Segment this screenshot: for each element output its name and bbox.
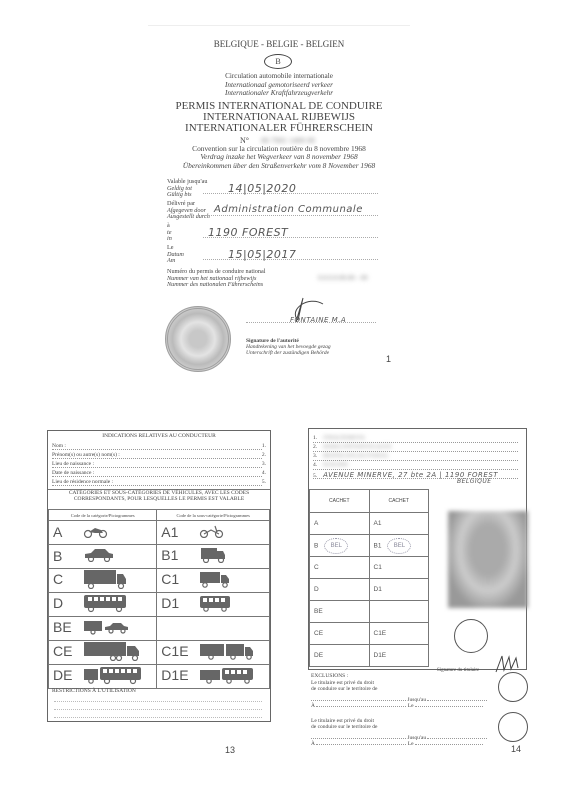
exclusion-stamp-circle-2 — [498, 712, 528, 742]
categories-header: CATÉGORIES ET SOUS-CATÉGORIES DE VÉHICUL… — [48, 489, 270, 502]
holder-detail-row: 4.00.00.0000 — [313, 462, 518, 470]
stamp-row: BBELB1BEL — [310, 535, 429, 557]
holder-photo — [448, 511, 528, 608]
category-row: DE D1E — [49, 665, 270, 689]
row-residence: Lieu de résidence normale :5. — [52, 479, 262, 486]
subcategory-code: D1E — [161, 667, 191, 683]
issued-at-value: 1190 FOREST — [208, 226, 288, 239]
small-truck-trailer-icon — [199, 642, 255, 663]
truck-icon — [83, 569, 127, 592]
stamp-row: DD1 — [310, 579, 429, 601]
national-licence-label: Numéro du permis de conduire nationalNum… — [167, 269, 265, 289]
valid-until-label: Valable jusqu'auGeldig totGültig bis — [167, 179, 207, 199]
subcategory-code: C1E — [161, 643, 191, 659]
stamp-row: CEC1E — [310, 623, 429, 645]
subcategory-code: C1 — [161, 571, 191, 587]
permit-cover-page: BELGIQUE - BELGIE - BELGIEN B Circulatio… — [148, 25, 410, 378]
category-code: BE — [53, 619, 75, 635]
issue-date-value: 15|05|2017 — [228, 248, 296, 261]
category-code: A — [53, 524, 75, 540]
stamp-row: AA1 — [310, 513, 429, 535]
small-truck-icon — [199, 570, 231, 591]
bus-icon — [83, 593, 127, 616]
stamps-table: CACHETCACHET AA1BBELB1BELCC1DD1BECEC1EDE… — [309, 489, 429, 667]
category-code: CE — [53, 643, 75, 659]
exclusion-stamp-circle-1 — [498, 672, 528, 702]
row-birthdate: Date de naissance :4. — [52, 470, 262, 477]
holder-detail-row: 3.BRATISLAVA (SLOVAKIA) — [313, 453, 518, 461]
holder-signature-icon — [494, 654, 522, 674]
category-row: C C1 — [49, 569, 270, 593]
minibus-trailer-icon — [199, 666, 255, 687]
category-row: B B1 — [49, 545, 270, 569]
motorcycle-icon — [83, 524, 109, 541]
truck-trailer-icon — [83, 641, 143, 664]
car-icon — [83, 548, 115, 565]
national-licence-value: 0.0.0.0.00.00 - 00 — [318, 274, 368, 282]
valid-until-value: 14|05|2020 — [228, 182, 296, 195]
driver-details-frame: 1.STRAÇÃOMOVA2.MARIA JONTANOVA ALICE3.BR… — [308, 428, 527, 670]
stamp-circle — [454, 619, 488, 653]
page-number: 13 — [225, 745, 235, 755]
bus-trailer-icon — [83, 665, 143, 688]
stamp-row: CC1 — [310, 557, 429, 579]
driver-details-page: 1.STRAÇÃOMOVA2.MARIA JONTANOVA ALICE3.BR… — [295, 410, 551, 780]
subcategory-code: D1 — [161, 595, 191, 611]
category-code: C — [53, 571, 75, 587]
car-trailer-icon — [83, 619, 129, 638]
issued-at-label: àtein — [167, 223, 172, 243]
holder-detail-row: 2.MARIA JONTANOVA ALICE — [313, 444, 518, 452]
subcategory-code: B1 — [161, 547, 191, 563]
circulation-heading: Circulation automobile internationale In… — [148, 72, 410, 98]
van-icon — [199, 547, 227, 566]
issued-by-value: Administration Communale — [214, 204, 363, 215]
stamp-row: DED1E — [310, 645, 429, 667]
convention-text: Convention sur la circulation routière d… — [148, 145, 410, 170]
restrictions-section: RESTRICTIONS À L'UTILISATION — [48, 686, 270, 696]
driver-info-header: INDICATIONS RELATIVES AU CONDUCTEUR — [48, 433, 270, 439]
stamp-row: BE — [310, 601, 429, 623]
category-row: BE — [49, 617, 270, 641]
official-seal — [165, 306, 231, 372]
holder-detail-row: 1.STRAÇÃOMOVA — [313, 435, 518, 443]
permit-title: PERMIS INTERNATIONAL DE CONDUIRE INTERNA… — [148, 101, 410, 134]
category-row: D D1 — [49, 593, 270, 617]
driver-info-page: INDICATIONS RELATIVES AU CONDUCTEUR Nom … — [15, 420, 271, 790]
row-first-names: Prénom(s) ou autre(s) nom(s) :2. — [52, 452, 262, 459]
category-code: DE — [53, 667, 75, 683]
country-handwritten: BELGIQUE — [457, 478, 492, 485]
issuing-country: BELGIQUE - BELGIE - BELGIEN — [148, 39, 410, 49]
category-row: CE C1E — [49, 641, 270, 665]
issued-by-label: Délivré parAfgegeven doorAusgestellt dur… — [167, 201, 210, 221]
page-number: 14 — [511, 744, 521, 754]
page-number: 1 — [386, 354, 391, 364]
authority-signature-caption: Signature de l'autorité Handtekening van… — [246, 338, 331, 357]
category-row: A A1 — [49, 521, 270, 545]
row-name: Nom :1. — [52, 443, 262, 450]
row-birthplace: Lieu de naissance :3. — [52, 461, 262, 468]
bel-stamp-icon: BEL — [324, 538, 348, 554]
exclusions-section: EXCLUSIONS : Le titulaire est privé du d… — [311, 673, 487, 748]
country-code-oval: B — [264, 54, 292, 69]
light-motorcycle-icon — [199, 524, 225, 541]
subcategory-code: A1 — [161, 524, 191, 540]
bel-stamp-icon: BEL — [387, 538, 411, 554]
driver-info-frame: INDICATIONS RELATIVES AU CONDUCTEUR Nom … — [47, 430, 271, 722]
minibus-icon — [199, 594, 231, 615]
issue-date-label: LeDatumAm — [167, 245, 184, 265]
category-code: D — [53, 595, 75, 611]
category-code: B — [53, 548, 75, 564]
categories-table: Code de la catégorie/PictogrammesCode de… — [48, 509, 270, 689]
